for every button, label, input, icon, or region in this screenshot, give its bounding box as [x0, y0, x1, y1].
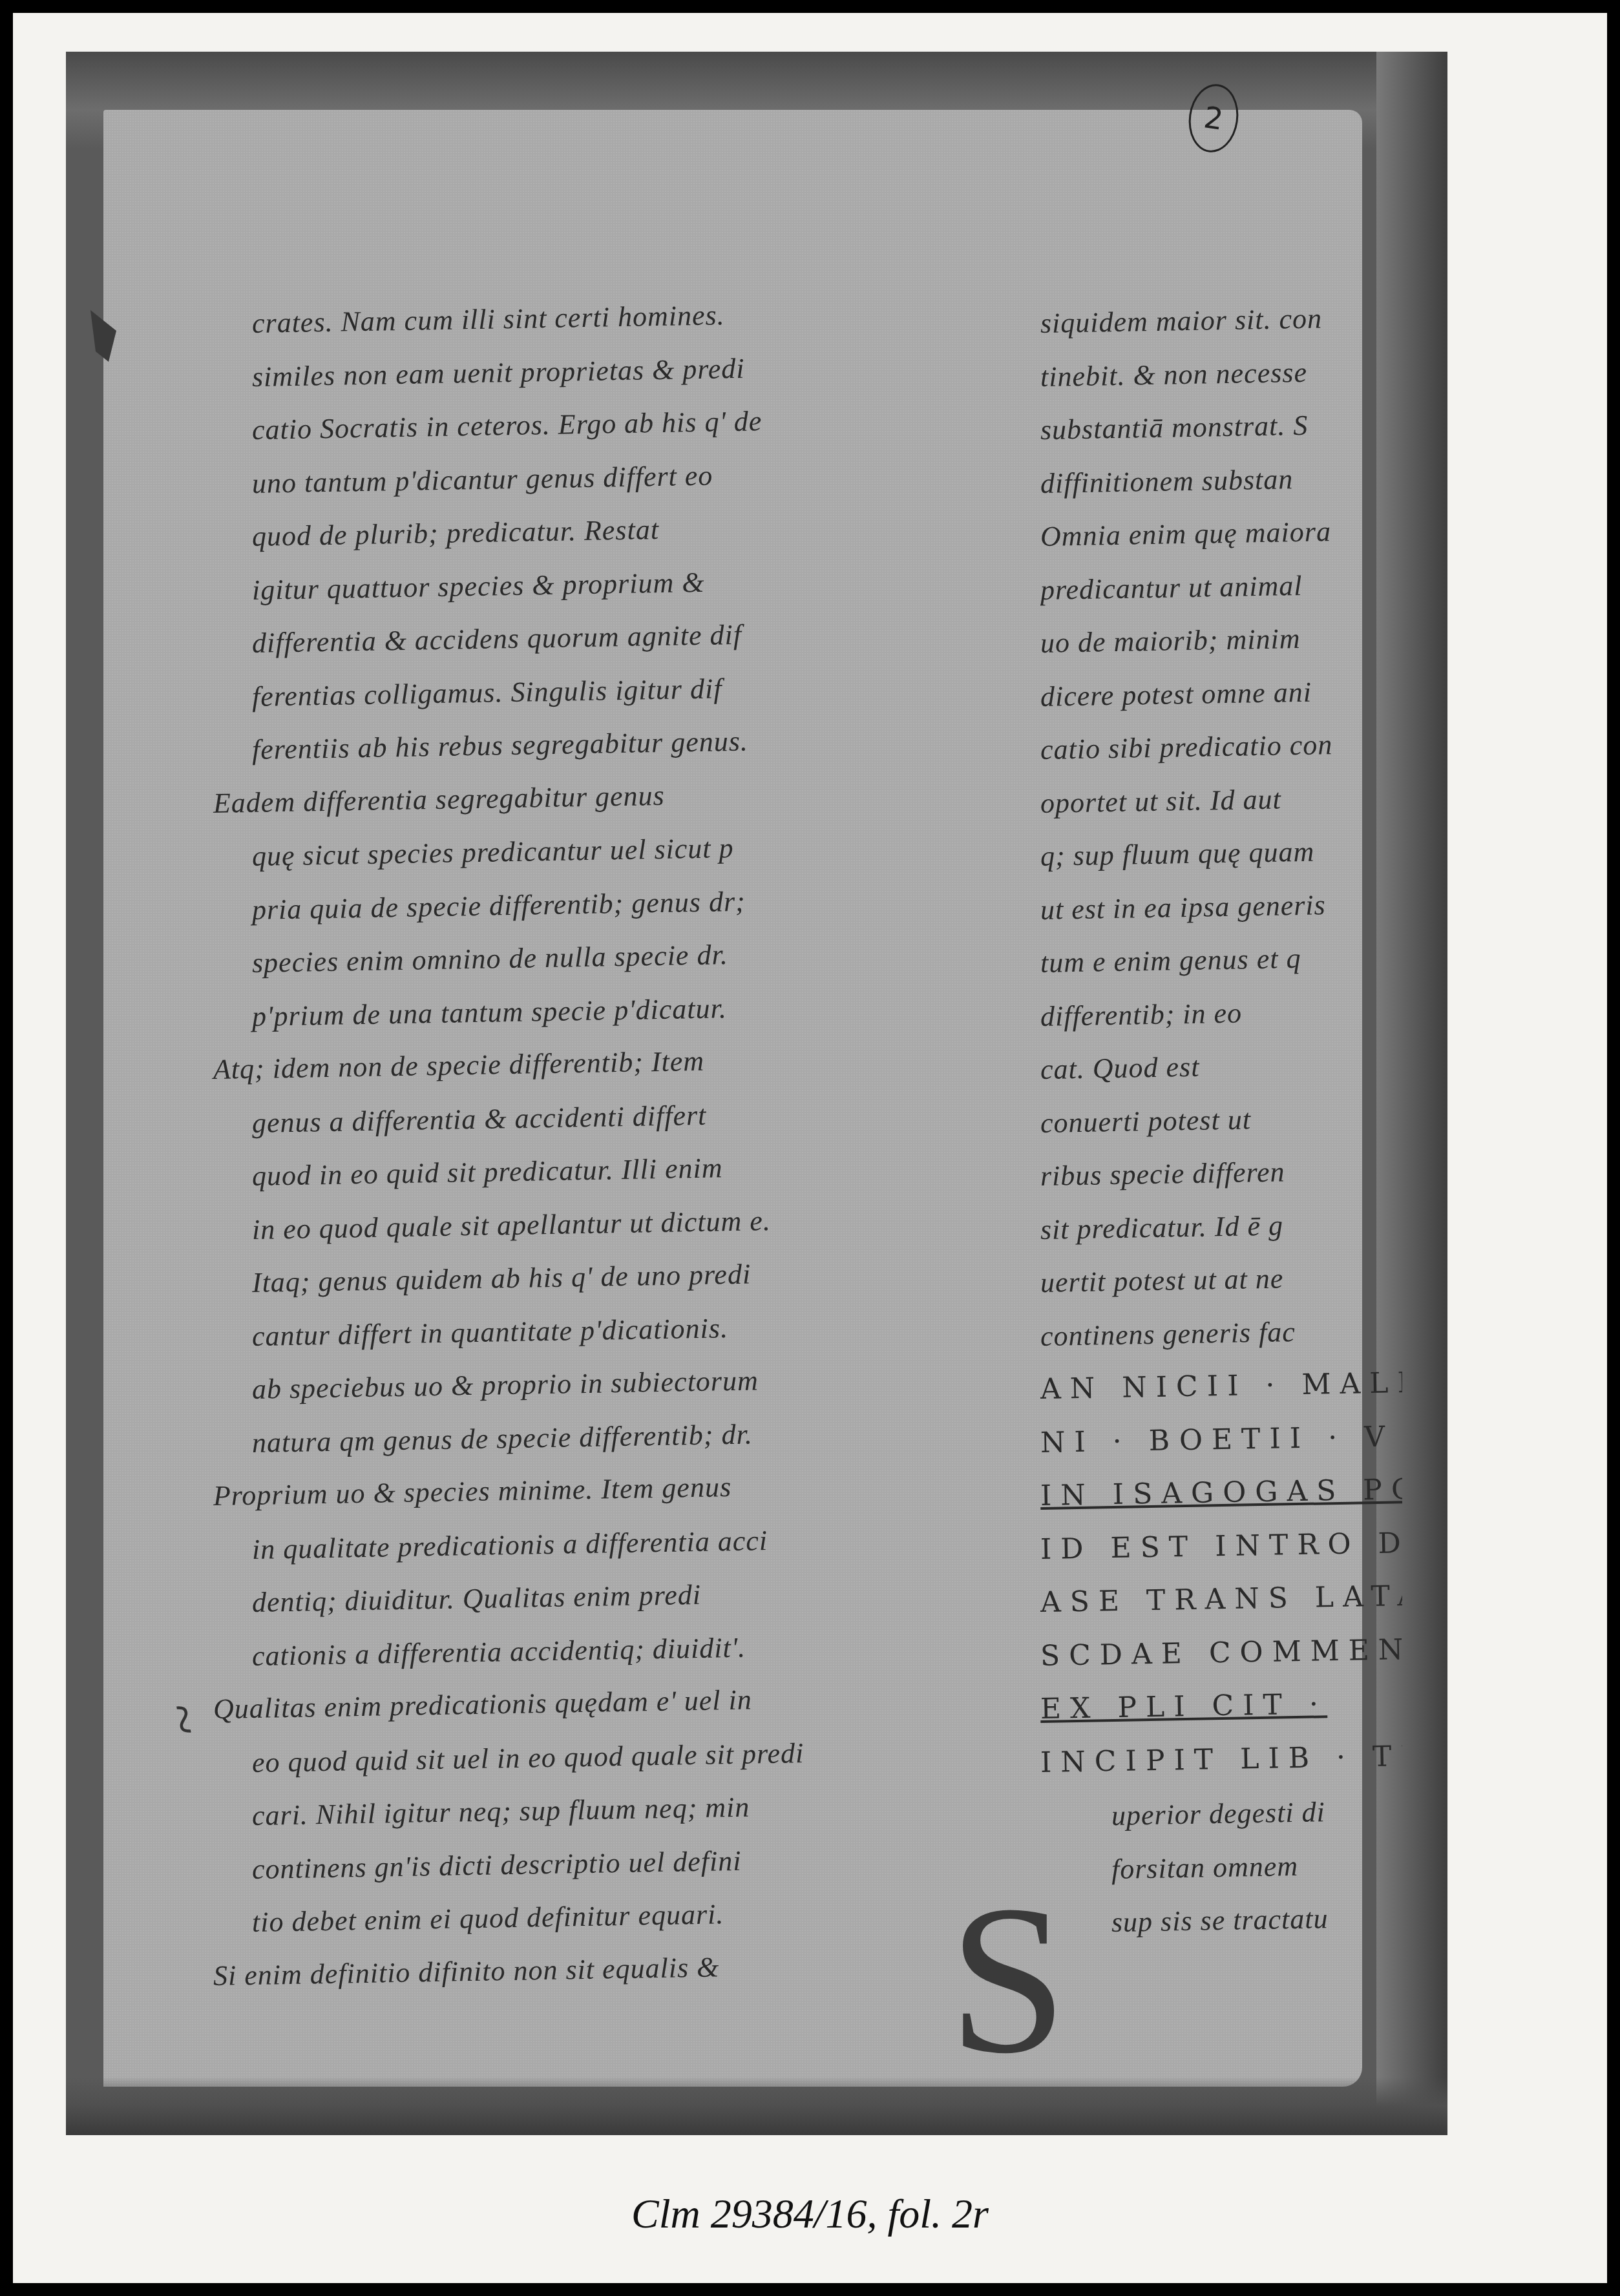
manuscript-line: ribus specie differen: [1040, 1143, 1402, 1203]
manuscript-line: sup sis se tractatu: [1111, 1891, 1402, 1949]
scan-sheet: 2 crates. Nam cum illi sint certi homine…: [13, 13, 1607, 2283]
manuscript-line: uo de maiorib; minim: [1040, 611, 1402, 670]
manuscript-line: Omnia enim quę maiora: [1040, 504, 1402, 563]
manuscript-line: forsitan omnem: [1111, 1838, 1402, 1896]
manuscript-line: dicere potest omne ani: [1040, 664, 1402, 724]
manuscript-line: conuerti potest ut: [1040, 1091, 1402, 1150]
decorated-initial-s: S: [949, 1873, 1068, 2087]
manuscript-line: INCIPIT LIB · TE: [1040, 1730, 1402, 1790]
manuscript-line: continens generis fac: [1040, 1304, 1402, 1363]
left-text-column: crates. Nam cum illi sint certi homines.…: [252, 297, 950, 2003]
manuscript-line: sit predicatur. Id ē g: [1040, 1197, 1402, 1257]
manuscript-line: catio sibi predicatio con: [1040, 717, 1402, 777]
manuscript-line: ASE TRANS LATA: [1040, 1570, 1402, 1629]
manuscript-line: differentib; in eo: [1040, 984, 1402, 1043]
right-text-column: siquidem maior sit. continebit. & non ne…: [1040, 297, 1402, 1950]
manuscript-line: NI · BOETII · V · C ·: [1040, 1410, 1402, 1470]
manuscript-line: AN NICII · MALI: [1040, 1357, 1402, 1416]
manuscript-line: uperior degesti di: [1111, 1784, 1402, 1842]
manuscript-line: IN ISAGOGAS PO: [1040, 1463, 1402, 1523]
manuscript-line: SCDAE COMMEN: [1040, 1623, 1402, 1683]
shelfmark-caption: Clm 29384/16, fol. 2r: [13, 2190, 1607, 2238]
manuscript-line: predicantur ut animal: [1040, 558, 1402, 617]
manuscript-line: ID EST INTRO D: [1040, 1517, 1402, 1576]
manuscript-line: tinebit. & non necesse: [1040, 344, 1402, 404]
manuscript-line: substantiā monstrat. S: [1040, 397, 1402, 457]
manuscript-line: tum e enim genus et q: [1040, 930, 1402, 990]
bottom-edge-shadow: [66, 2077, 1447, 2135]
manuscript-line: oportet ut sit. Id aut: [1040, 771, 1402, 830]
manuscript-line: uertit potest ut at ne: [1040, 1250, 1402, 1310]
manuscript-line: ut est in ea ipsa generis: [1040, 877, 1402, 937]
manuscript-line: siquidem maior sit. con: [1040, 297, 1402, 350]
manuscript-line: q; sup fluum quę quam: [1040, 824, 1402, 883]
manuscript-line: cat. Quod est: [1040, 1037, 1402, 1096]
manuscript-line: EX PLI CIT ·: [1040, 1676, 1402, 1736]
manuscript-line: diffinitionem substan: [1040, 451, 1402, 510]
